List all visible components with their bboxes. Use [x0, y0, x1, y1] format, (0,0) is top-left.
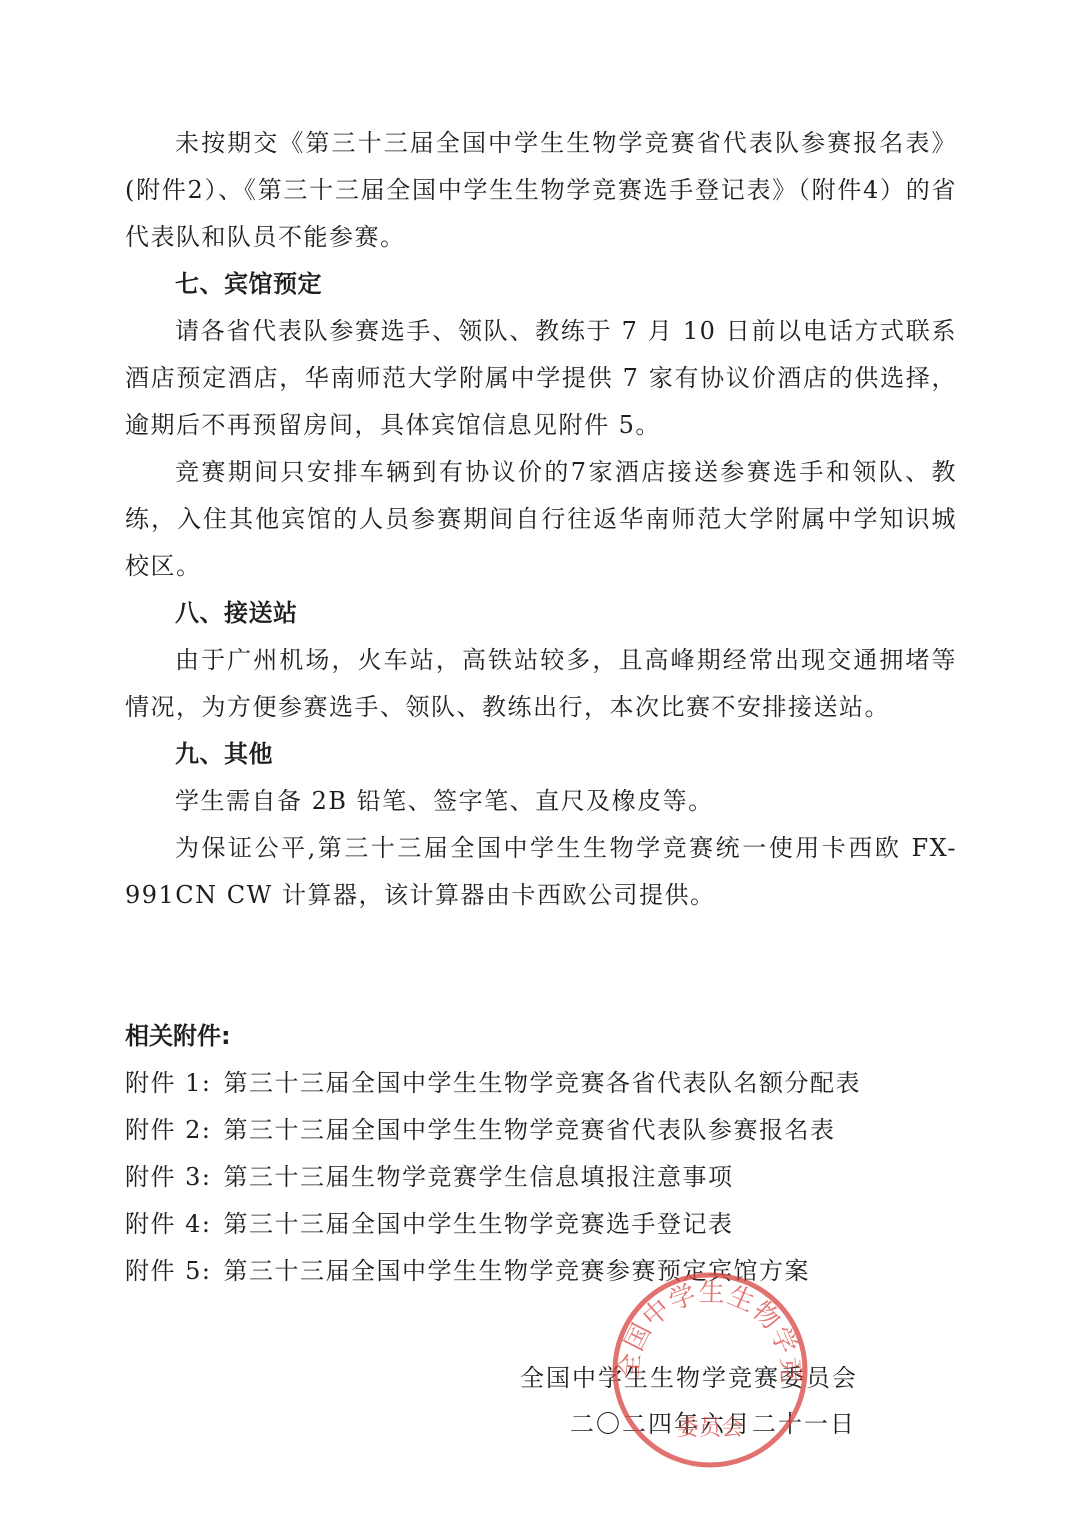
attachment-label: 附件 2:	[125, 1116, 211, 1144]
other-paragraph-2: 为保证公平,第三十三届全国中学生生物学竞赛统一使用卡西欧 FX-991CN CW…	[125, 825, 957, 919]
attachment-text: 第三十三届生物学竞赛学生信息填报注意事项	[223, 1163, 733, 1191]
attachment-label: 附件 1:	[125, 1069, 211, 1097]
hotel-paragraph-1: 请各省代表队参赛选手、领队、教练于 7 月 10 日前以电话方式联系酒店预定酒店…	[125, 308, 957, 449]
transfer-paragraph: 由于广州机场，火车站，高铁站较多，且高峰期经常出现交通拥堵等情况，为方便参赛选手…	[125, 637, 957, 731]
hotel-paragraph-2: 竞赛期间只安排车辆到有协议价的7家酒店接送参赛选手和领队、教练，入住其他宾馆的人…	[125, 449, 957, 590]
attachment-item: 附件 2:第三十三届全国中学生生物学竞赛省代表队参赛报名表	[125, 1107, 957, 1154]
attachment-text: 第三十三届全国中学生生物学竞赛参赛预定宾馆方案	[223, 1257, 810, 1285]
section-heading-other: 九、其他	[125, 731, 957, 778]
other-paragraph-1: 学生需自备 2B 铅笔、签字笔、直尺及橡皮等。	[125, 778, 957, 825]
attachments-title: 相关附件:	[125, 1013, 957, 1060]
signature-date: 二〇二四年六月二十一日	[520, 1401, 858, 1447]
section-spacer	[125, 919, 957, 1013]
attachment-text: 第三十三届全国中学生生物学竞赛省代表队参赛报名表	[223, 1116, 835, 1144]
attachments-section: 相关附件: 附件 1:第三十三届全国中学生生物学竞赛各省代表队名额分配表 附件 …	[125, 1013, 957, 1295]
document-page: 未按期交《第三十三届全国中学生生物学竞赛省代表队参赛报名表》(附件2）、《第三十…	[125, 120, 957, 1295]
signature-organization: 全国中学生生物学竞赛委员会	[520, 1355, 858, 1401]
attachment-item: 附件 4:第三十三届全国中学生生物学竞赛选手登记表	[125, 1201, 957, 1248]
attachment-text: 第三十三届全国中学生生物学竞赛各省代表队名额分配表	[223, 1069, 861, 1097]
attachment-item: 附件 3:第三十三届生物学竞赛学生信息填报注意事项	[125, 1154, 957, 1201]
attachment-label: 附件 3:	[125, 1163, 211, 1191]
intro-paragraph: 未按期交《第三十三届全国中学生生物学竞赛省代表队参赛报名表》(附件2）、《第三十…	[125, 120, 957, 261]
attachment-label: 附件 5:	[125, 1257, 211, 1285]
attachment-item: 附件 5:第三十三届全国中学生生物学竞赛参赛预定宾馆方案	[125, 1248, 957, 1295]
section-heading-transfer: 八、接送站	[125, 590, 957, 637]
signature-block: 全国中学生生物学竞赛委员会 二〇二四年六月二十一日	[520, 1355, 858, 1447]
section-heading-hotel: 七、宾馆预定	[125, 261, 957, 308]
attachment-text: 第三十三届全国中学生生物学竞赛选手登记表	[223, 1210, 733, 1238]
attachment-label: 附件 4:	[125, 1210, 211, 1238]
attachment-item: 附件 1:第三十三届全国中学生生物学竞赛各省代表队名额分配表	[125, 1060, 957, 1107]
